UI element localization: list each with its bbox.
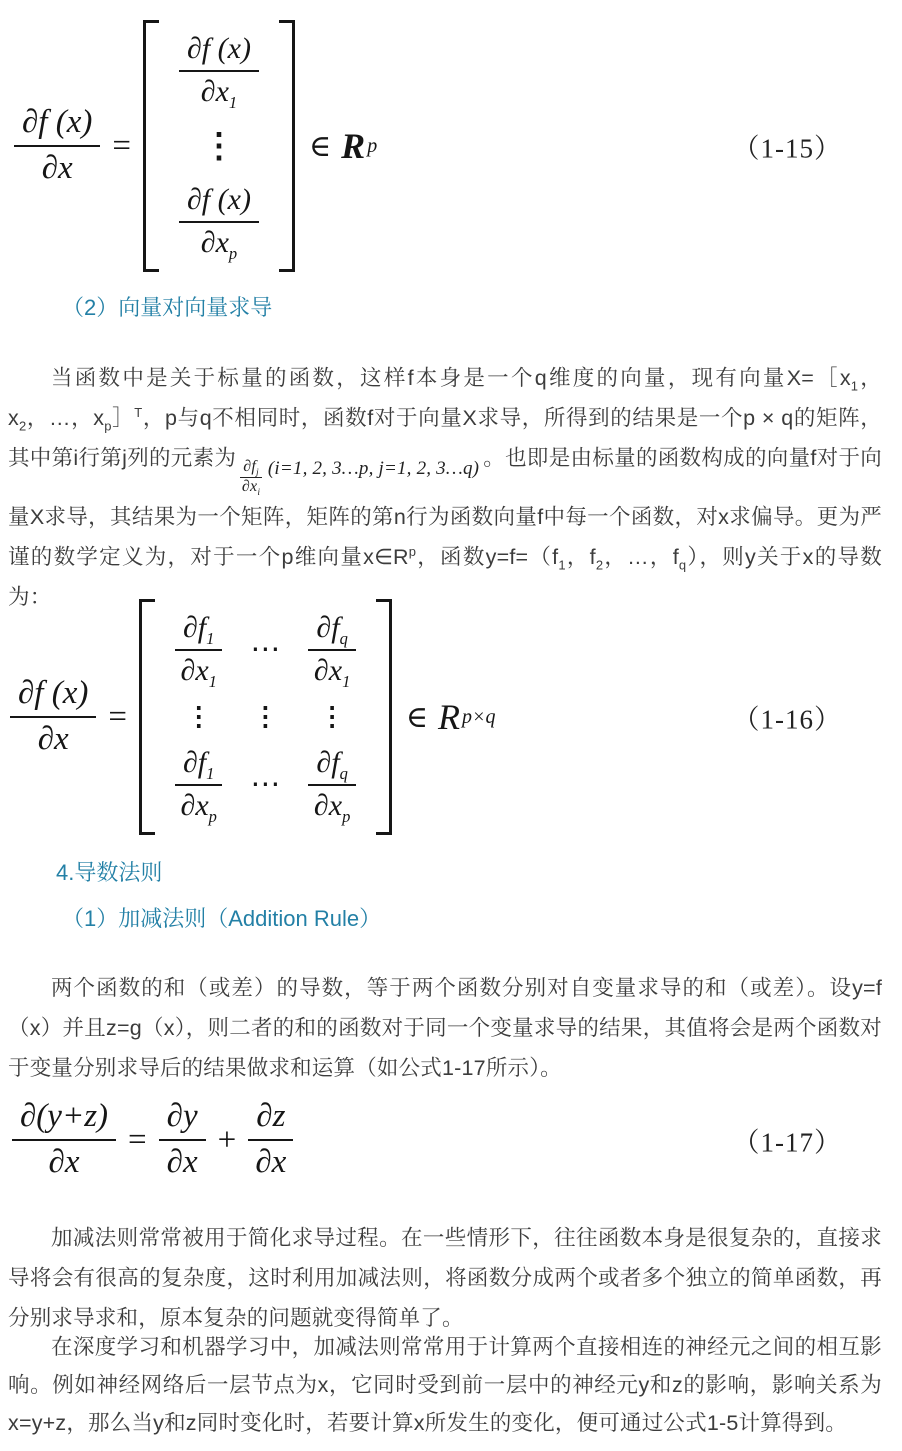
paragraph-vector-derivative: 当函数中是关于标量的函数，这样f本身是一个q维度的向量，现有向量X=［x1，x2… [8,358,882,617]
fraction-numerator: ∂y [159,1098,206,1141]
fraction-numerator: ∂f1 [175,746,222,786]
subscript: q [340,764,348,783]
p1-sub: 1 [558,557,565,572]
paragraph-addition-rule-simplify: 加减法则常常被用于简化求导过程。在一些情形下，往往函数本身是很复杂的，直接求导将… [8,1218,882,1338]
fraction-denominator: ∂xp [314,786,350,824]
set-superscript: p [367,135,377,158]
fraction-numerator: ∂fq [308,611,355,651]
fraction-numerator: ∂fq [308,746,355,786]
vector-entry-bottom: ∂f (x) ∂xp [179,183,259,260]
equals-sign: = [128,1122,147,1159]
vertical-dots: ⋮ [186,704,212,730]
subscript: j [256,467,259,478]
fraction-denominator: ∂x [38,718,69,759]
right-bracket [279,20,295,272]
matrix-entry-1q: ∂fq ∂x1 [308,611,355,688]
paragraph-addition-rule-definition: 两个函数的和（或差）的导数，等于两个函数分别对自变量求导的和（或差）。设y=f（… [8,968,882,1088]
fraction-sum: ∂(y+z) ∂x [12,1098,116,1182]
paragraph-deep-learning-application: 在深度学习和机器学习中，加减法则常常用于计算两个直接相连的神经元之间的相互影响。… [8,1328,882,1442]
fraction-numerator: ∂f (x) [179,32,259,72]
element-of-symbol: ∈ [309,129,331,164]
equation-number: （1-17） [733,1121,843,1160]
fraction-denominator: ∂xi [242,478,260,496]
horizontal-dots: ⋯ [250,770,280,800]
subscript: i [257,487,260,498]
p1-text: ］ [112,406,135,430]
matrix-entry-p1: ∂f1 ∂xp [175,746,222,823]
fraction-denominator: ∂x [255,1141,286,1182]
matrix-entry-pq: ∂fq ∂xp [308,746,355,823]
equation-1-15: ∂f (x) ∂x = ∂f (x) ∂x1 ⋮ ∂f (x) ∂xp [0,0,902,292]
equation-1-17-body: ∂(y+z) ∂x = ∂y ∂x + ∂z ∂x [12,1098,293,1182]
subscript: 1 [229,93,237,112]
p1-text: ，…，f [603,545,679,569]
fraction-numerator: ∂f1 [175,611,222,651]
subscript: p [342,807,350,826]
equals-sign: = [108,699,127,736]
fraction-denominator: ∂xp [181,786,217,824]
fraction-numerator: ∂(y+z) [12,1098,116,1141]
fraction-denominator: ∂x1 [181,651,217,689]
set-symbol: R [438,696,460,738]
element-of-symbol: ∈ [406,700,428,735]
fraction-numerator: ∂f (x) [179,183,259,223]
vertical-dots: ⋮ [319,704,345,730]
horizontal-dots: ⋯ [250,635,280,665]
document-page: ∂f (x) ∂x = ∂f (x) ∂x1 ⋮ ∂f (x) ∂xp [0,0,902,1451]
equation-1-16-body: ∂f (x) ∂x = ∂f1 ∂x1 ⋯ ∂fq ∂x1 ⋮ [10,599,496,835]
left-bracket [139,599,155,835]
fraction-numerator: ∂fj [240,458,262,478]
vector-entry-top: ∂f (x) ∂x1 [179,32,259,109]
fraction-denominator: ∂x [42,147,73,188]
equation-1-16: ∂f (x) ∂x = ∂f1 ∂x1 ⋯ ∂fq ∂x1 ⋮ [0,588,902,846]
subsection-heading-addition-rule: （1）加减法则（Addition Rule） [62,904,381,934]
subscript: 1 [206,764,214,783]
subscript: 1 [206,629,214,648]
right-bracket [376,599,392,835]
plus-sign: + [218,1122,237,1159]
subscript: 1 [209,672,217,691]
equation-1-17: ∂(y+z) ∂x = ∂y ∂x + ∂z ∂x （1-17） [0,1092,902,1188]
equation-number: （1-16） [733,698,843,737]
left-bracket [143,20,159,272]
equation-1-15-body: ∂f (x) ∂x = ∂f (x) ∂x1 ⋮ ∂f (x) ∂xp [14,20,377,272]
fraction-denominator: ∂x1 [201,72,237,110]
equals-sign: = [112,128,131,165]
subscript: p [209,807,217,826]
vertical-dots: ⋮ [252,704,278,730]
set-superscript: p×q [462,706,496,729]
subscript: q [340,629,348,648]
p1-text: ，f [566,545,596,569]
fraction-numerator: ∂z [248,1098,293,1141]
fraction-lhs: ∂f (x) ∂x [14,104,100,188]
inline-fraction: ∂fj∂xi [240,458,262,497]
section-heading-derivative-rules: 4.导数法则 [56,858,162,888]
equation-number: （1-15） [733,127,843,166]
matrix-entries: ∂f1 ∂x1 ⋯ ∂fq ∂x1 ⋮ ⋮ ⋮ ∂f1 ∂xp ⋯ [155,599,376,835]
fraction-denominator: ∂x1 [314,651,350,689]
p1-text: ，函数y=f=（f [416,545,558,569]
index-range-note: (i=1, 2, 3…p, j=1, 2, 3…q) [268,449,479,489]
fraction-dz-dx: ∂z ∂x [248,1098,293,1182]
fraction-denominator: ∂x [167,1141,198,1182]
set-symbol: R [341,125,365,167]
fraction-lhs: ∂f (x) ∂x [10,675,96,759]
vector-entries: ∂f (x) ∂x1 ⋮ ∂f (x) ∂xp [159,20,279,272]
fraction-dy-dx: ∂y ∂x [159,1098,206,1182]
vertical-dots: ⋮ [202,129,236,163]
p1-text: ，…，x [26,406,104,430]
column-vector: ∂f (x) ∂x1 ⋮ ∂f (x) ∂xp [143,20,295,272]
inline-formula: ∂fj∂xi(i=1, 2, 3…p, j=1, 2, 3…q) [240,457,479,497]
jacobian-matrix: ∂f1 ∂x1 ⋯ ∂fq ∂x1 ⋮ ⋮ ⋮ ∂f1 ∂xp ⋯ [139,599,392,835]
matrix-entry-11: ∂f1 ∂x1 [175,611,222,688]
fraction-denominator: ∂xp [201,223,237,261]
p1-text: 当函数中是关于标量的函数，这样f本身是一个q维度的向量，现有向量X=［x [51,366,851,390]
subscript: p [229,244,237,263]
p1-sub: p [104,418,111,433]
subscript: 1 [342,672,350,691]
fraction-numerator: ∂f (x) [14,104,100,147]
subsection-heading-vector-derivative: （2）向量对向量求导 [62,293,272,323]
fraction-denominator: ∂x [49,1141,80,1182]
fraction-numerator: ∂f (x) [10,675,96,718]
